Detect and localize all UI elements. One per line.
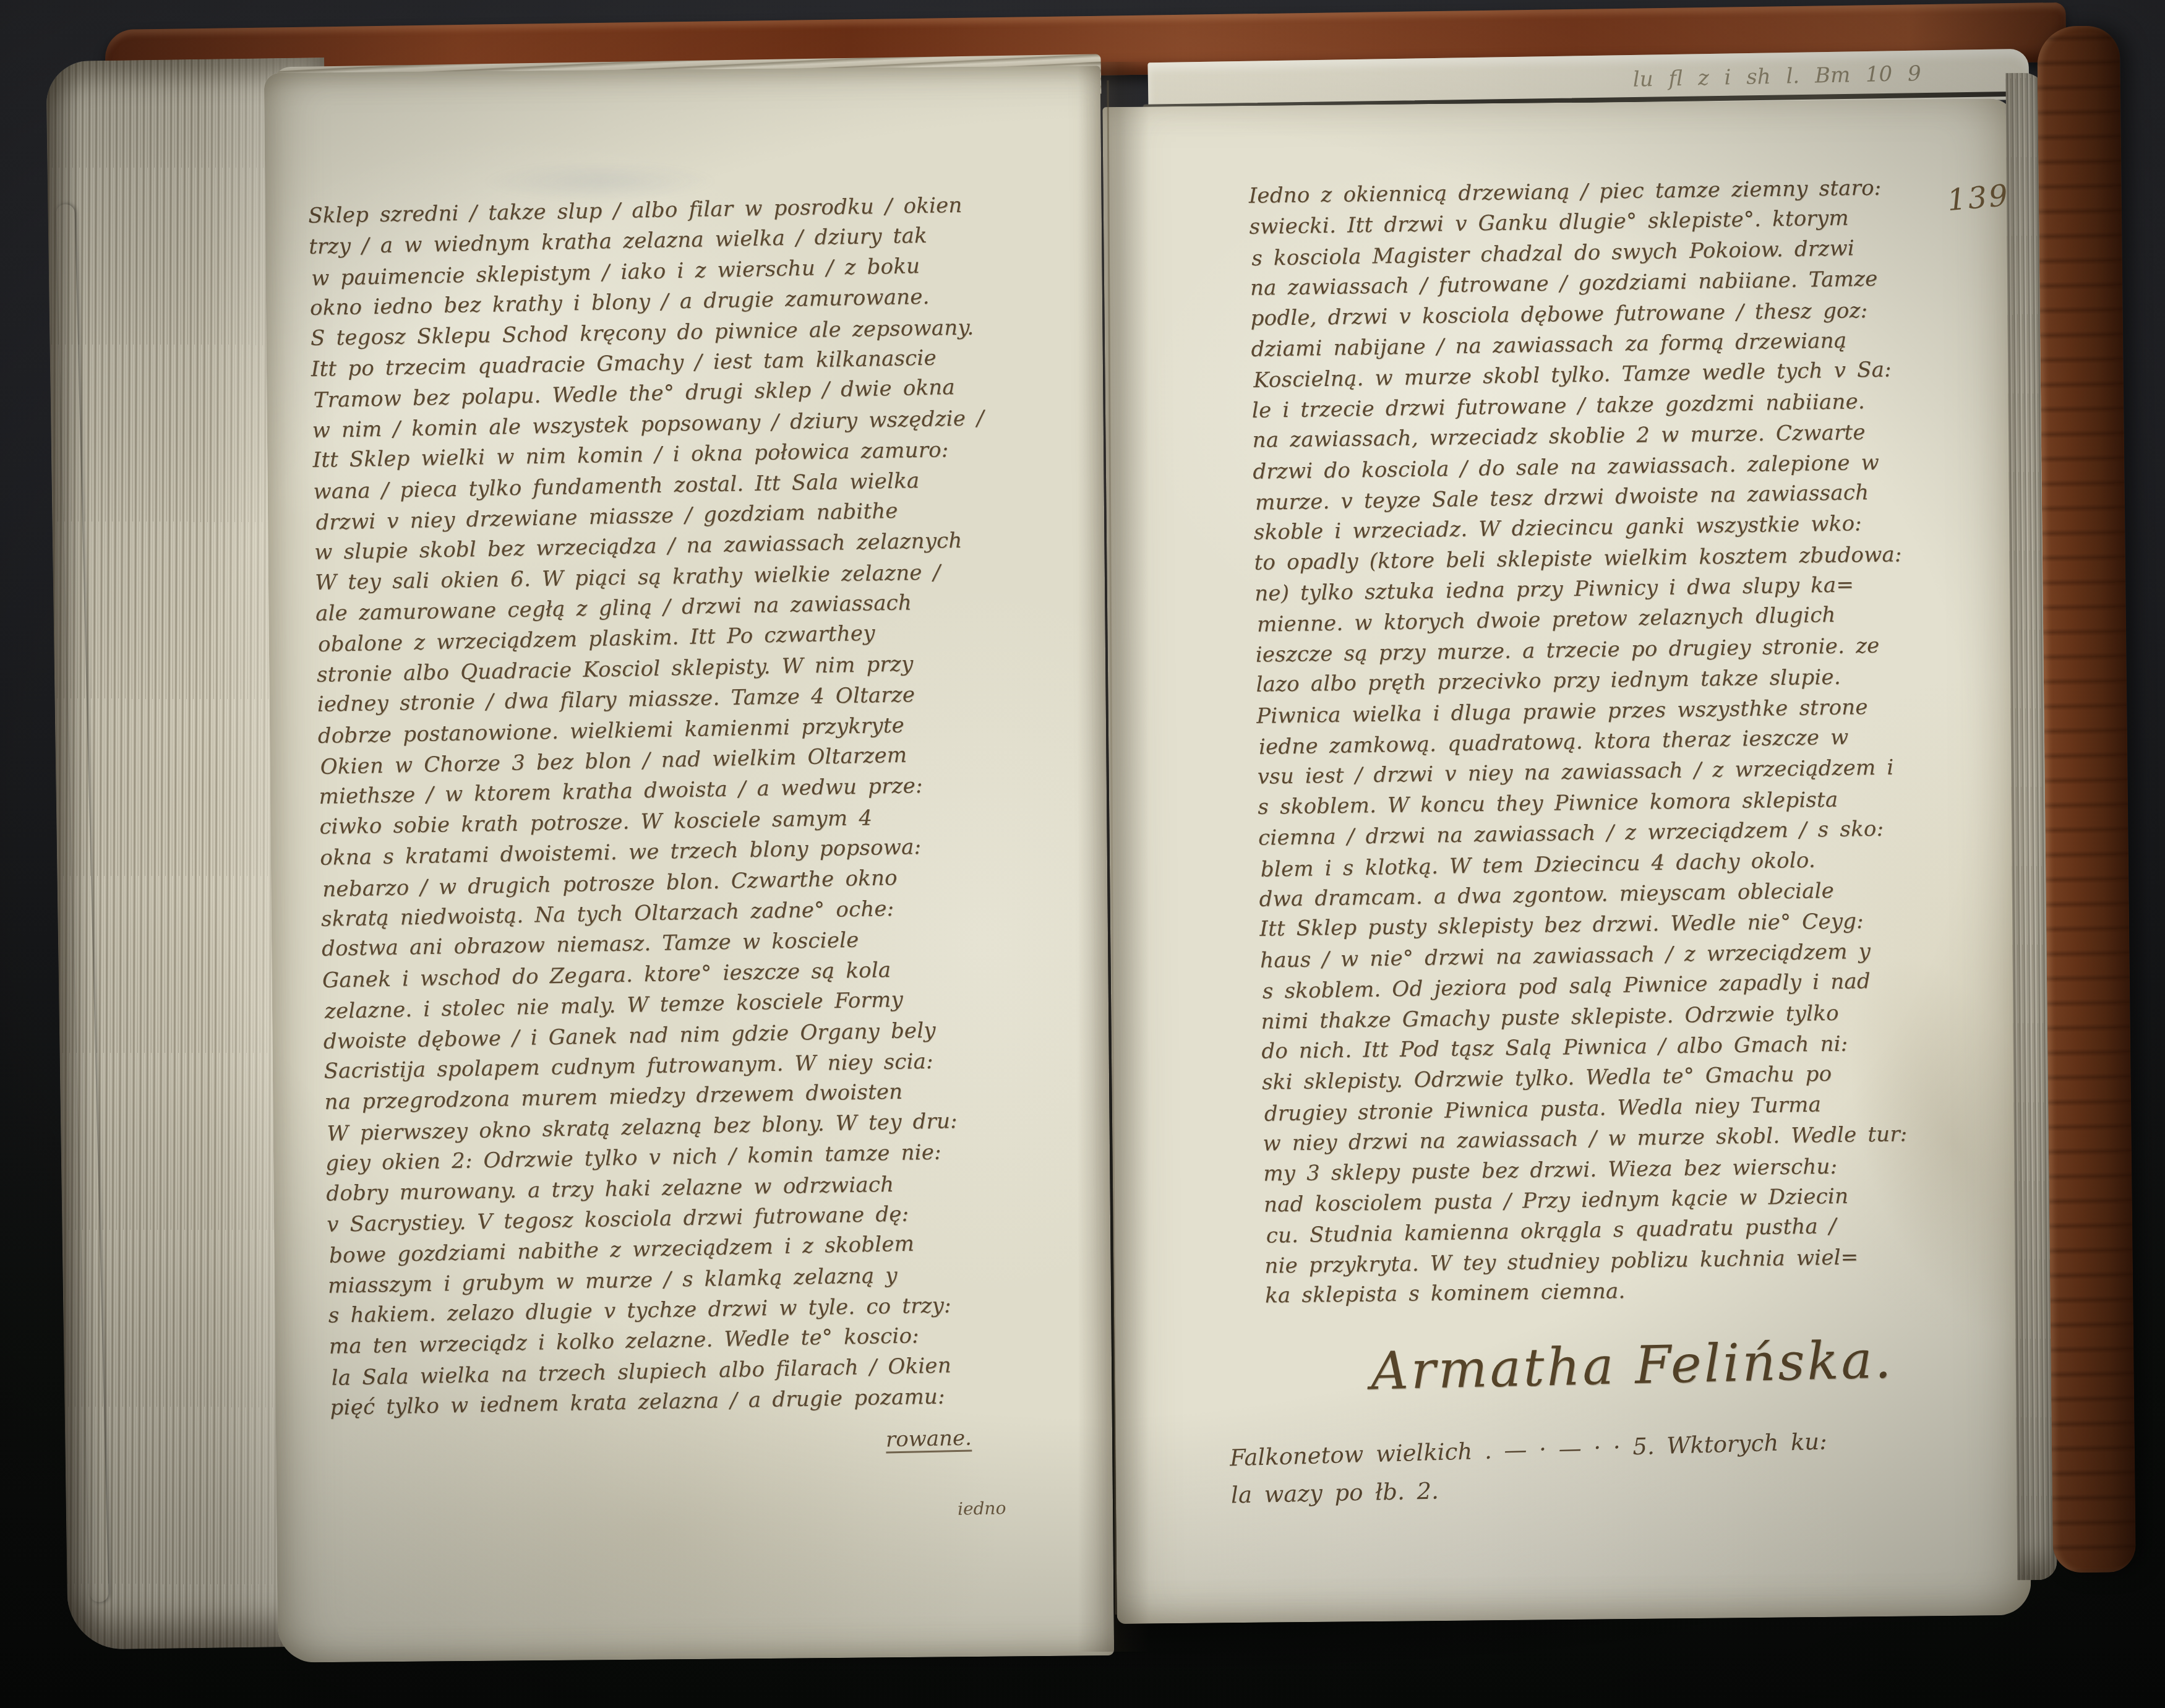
right-leather-spine [2037,25,2136,1573]
page-number: 139 [1946,178,2011,218]
left-page-continuation-word: rowane. [886,1426,972,1453]
left-page-catchword: iedno [958,1498,1006,1519]
section-heading-armatha-felinska: Armatha Felińska. [1370,1329,1894,1401]
inventory-entry-ball-weight: la wazy po łb. 2. [1231,1477,1439,1508]
left-page-text-block: Sklep szredni / takze slup / albo filar … [308,192,1002,1426]
right-page-text-block: Iedno z okiennicą drzewianą / piec tamze… [1249,174,1913,1315]
manuscript-book-photo: lu fl z i sh l. Bm 10 9 139 Sklep szredn… [0,0,2165,1708]
